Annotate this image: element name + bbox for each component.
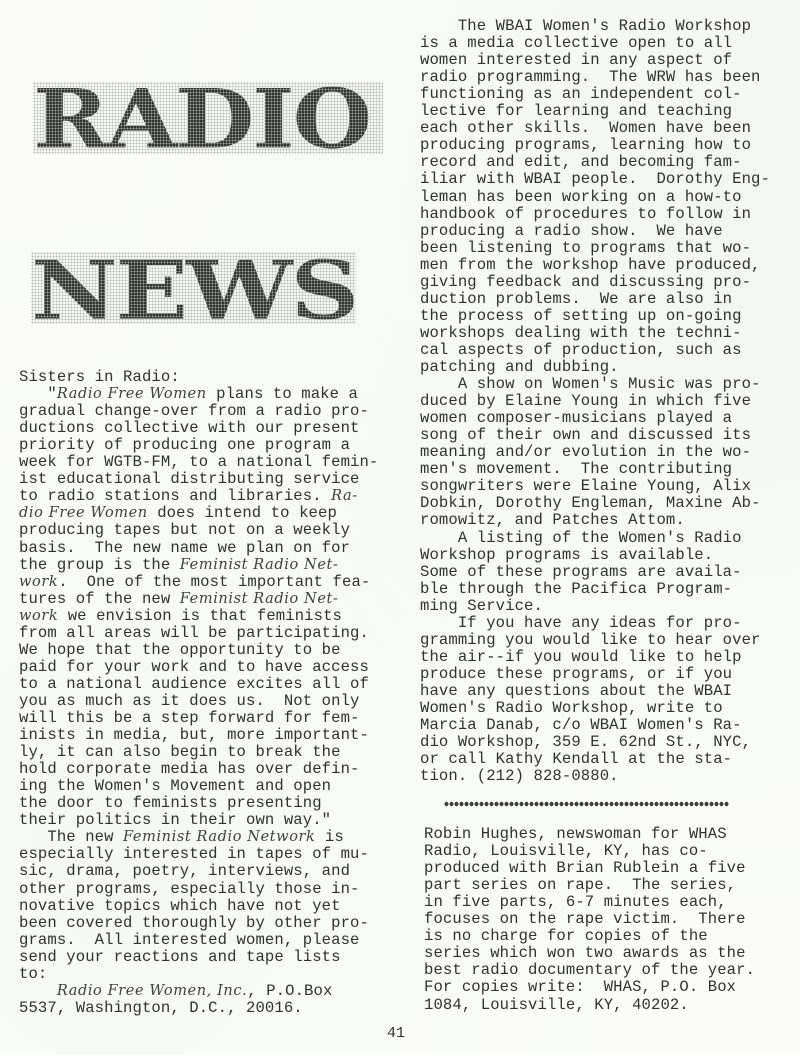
text-run: Radio, Louisville, KY, has co- — [424, 842, 708, 860]
text-run: meaning and/or evolution in the wo- — [420, 443, 751, 461]
text-line: to a national audience excites all of — [19, 676, 369, 693]
text-line: produced with Brian Rublein a five — [424, 860, 746, 877]
text-run: 5537, Washington, D.C., 20016. — [19, 999, 303, 1017]
text-line: ing the Women's Movement and open — [19, 778, 331, 795]
text-run: grams. All interested women, please — [19, 931, 359, 949]
italic-title: work — [19, 608, 58, 624]
text-line: hold corporate media has over defin- — [19, 761, 359, 778]
text-run: ductions collective with our present — [19, 419, 359, 437]
text-run: Dobkin, Dorothy Engleman, Maxine Ab- — [420, 494, 760, 512]
text-line: send your reactions and tape lists — [19, 949, 341, 966]
masthead-radio-text: RADIO — [33, 82, 370, 154]
text-line: especially interested in tapes of mu- — [19, 846, 369, 863]
text-line: Workshop programs is available. — [420, 547, 713, 564]
text-line: giving feedback and discussing pro- — [420, 274, 751, 291]
text-line: producing programs, learning how to — [420, 137, 751, 154]
text-line: radio programming. The WRW has been — [420, 69, 760, 86]
text-line: ming Service. — [420, 598, 543, 615]
text-run: functioning as an independent col- — [420, 85, 742, 103]
text-run: ly, it can also begin to break the — [19, 743, 341, 761]
text-line: been covered thoroughly by other pro- — [19, 915, 369, 932]
text-run: other programs, especially those in- — [19, 880, 359, 898]
text-run: send your reactions and tape lists — [19, 948, 341, 966]
text-line: Dobkin, Dorothy Engleman, Maxine Ab- — [420, 495, 760, 512]
text-line: the air--if you would like to help — [420, 649, 742, 666]
text-run: is no charge for copies of the — [424, 927, 708, 945]
text-line: sic, drama, poetry, interviews, and — [19, 863, 350, 880]
text-run: A listing of the Women's Radio — [420, 529, 742, 547]
text-line: paid for your work and to have access — [19, 659, 369, 676]
text-run: dio Workshop, 359 E. 62nd St., NYC, — [420, 733, 751, 751]
text-line: A show on Women's Music was pro- — [420, 376, 760, 393]
text-run: novative topics which have not yet — [19, 897, 341, 915]
text-run: lective for learning and teaching — [420, 102, 732, 120]
text-line: week for WGTB-FM, to a national femin- — [19, 454, 378, 471]
text-run: songwriters were Elaine Young, Alix — [420, 477, 751, 495]
text-line: best radio documentary of the year. — [424, 962, 755, 979]
text-run: especially interested in tapes of mu- — [19, 845, 369, 863]
text-line: The WBAI Women's Radio Workshop — [420, 18, 751, 35]
text-line: dio Workshop, 359 E. 62nd St., NYC, — [420, 734, 751, 751]
text-run: to: — [19, 965, 47, 983]
text-line: functioning as an independent col- — [420, 86, 742, 103]
text-line: novative topics which have not yet — [19, 898, 341, 915]
text-line: producing tapes but not on a weekly — [19, 522, 350, 539]
text-run: produce these programs, or if you — [420, 665, 732, 683]
text-run: iliar with WBAI people. Dorothy Eng- — [420, 170, 770, 188]
text-line: gradual change-over from a radio pro- — [19, 403, 369, 420]
text-line: priority of producing one program a — [19, 437, 350, 454]
text-line: duction problems. We are also in — [420, 291, 732, 308]
text-line: Marcia Danab, c/o WBAI Women's Ra- — [420, 717, 742, 734]
text-line: iliar with WBAI people. Dorothy Eng- — [420, 171, 770, 188]
text-line: ductions collective with our present — [19, 420, 359, 437]
text-run: song of their own and discussed its — [420, 426, 751, 444]
text-line: part series on rape. The series, — [424, 877, 736, 894]
text-run: or call Kathy Kendall at the sta- — [420, 750, 732, 768]
text-run: will this be a step forward for fem- — [19, 709, 359, 727]
text-run: each other skills. Women have been — [420, 119, 751, 137]
text-run: Women's Radio Workshop, write to — [420, 699, 723, 717]
text-line: 5537, Washington, D.C., 20016. — [19, 1000, 303, 1017]
text-line: song of their own and discussed its — [420, 427, 751, 444]
text-run: ming Service. — [420, 597, 543, 615]
text-run: men from the workshop have produced, — [420, 256, 760, 274]
text-run — [19, 982, 57, 1000]
text-run: been covered thoroughly by other pro- — [19, 914, 369, 932]
text-run: ing the Women's Movement and open — [19, 777, 331, 795]
text-line: handbook of procedures to follow in — [420, 206, 751, 223]
text-line: is a media collective open to all — [420, 35, 732, 52]
wavy-divider — [444, 801, 729, 807]
text-run: record and edit, and becoming fam- — [420, 153, 742, 171]
text-line: work we envision is that feminists — [19, 608, 342, 625]
text-line: will this be a step forward for fem- — [19, 710, 359, 727]
text-line: leman has been working on a how-to — [420, 189, 742, 206]
text-run: focuses on the rape victim. There — [424, 910, 746, 928]
text-run: 1084, Louisville, KY, 40202. — [424, 996, 689, 1014]
text-run: women composer-musicians played a — [420, 409, 732, 427]
text-line: For copies write: WHAS, P.O. Box — [424, 979, 736, 996]
text-run: gradual change-over from a radio pro- — [19, 402, 369, 420]
text-line: you as much as it does us. Not only — [19, 693, 359, 710]
text-run: romowitz, and Patches Attom. — [420, 511, 685, 529]
text-run: handbook of procedures to follow in — [420, 205, 751, 223]
text-line: gramming you would like to hear over — [420, 632, 760, 649]
text-line: duced by Elaine Young in which five — [420, 393, 751, 410]
text-line: ly, it can also begin to break the — [19, 744, 341, 761]
text-line: producing a radio show. We have — [420, 223, 723, 240]
text-run: producing programs, learning how to — [420, 136, 751, 154]
text-line: 1084, Louisville, KY, 40202. — [424, 997, 689, 1014]
text-run: A show on Women's Music was pro- — [420, 375, 760, 393]
text-run: in five parts, 6-7 minutes each, — [424, 893, 727, 911]
text-line: cal aspects of production, such as — [420, 342, 742, 359]
text-run: producing a radio show. We have — [420, 222, 723, 240]
text-run: gramming you would like to hear over — [420, 631, 760, 649]
text-line: tures of the new Feminist Radio Net- — [19, 591, 338, 608]
text-run: part series on rape. The series, — [424, 876, 736, 894]
text-run: " — [19, 385, 57, 403]
text-run: . One of the most important fea- — [58, 573, 370, 591]
text-line: produce these programs, or if you — [420, 666, 732, 683]
text-run: If you have any ideas for pro- — [420, 614, 742, 632]
text-run: the door to feminists presenting — [19, 794, 322, 812]
italic-title: Feminist Radio Net- — [180, 591, 339, 607]
text-line: A listing of the Women's Radio — [420, 530, 742, 547]
text-line: workshops dealing with the techni- — [420, 325, 742, 342]
text-line: tion. (212) 828-0880. — [420, 768, 619, 785]
masthead-radio: RADIO — [33, 82, 383, 154]
text-line: to: — [19, 966, 47, 983]
text-line: from all areas will be participating. — [19, 625, 369, 642]
text-line: their politics in their own way." — [19, 812, 331, 829]
text-run: men's movement. The contributing — [420, 460, 732, 478]
text-line: the process of setting up on-going — [420, 308, 742, 325]
text-run: Robin Hughes, newswoman for WHAS — [424, 825, 727, 843]
text-run: , P.O.Box — [247, 982, 332, 1000]
text-run: the group is the — [19, 556, 180, 574]
text-run: you as much as it does us. Not only — [19, 692, 359, 710]
text-run: plans to make a — [207, 385, 358, 403]
text-run: producing tapes but not on a weekly — [19, 521, 350, 539]
text-line: is no charge for copies of the — [424, 928, 708, 945]
text-run: their politics in their own way." — [19, 811, 331, 829]
text-run: For copies write: WHAS, P.O. Box — [424, 978, 736, 996]
text-line: Radio, Louisville, KY, has co- — [424, 843, 708, 860]
text-run: basis. The new name we plan on for — [19, 539, 350, 557]
italic-title: work — [19, 574, 58, 590]
text-line: "Radio Free Women plans to make a — [19, 386, 358, 403]
text-run: Workshop programs is available. — [420, 546, 713, 564]
text-line: series which won two awards as the — [424, 945, 746, 962]
text-line: The new Feminist Radio Network is — [19, 829, 344, 846]
text-run: duction problems. We are also in — [420, 290, 732, 308]
text-run: patching and dubbing. — [420, 358, 619, 376]
italic-title: Radio Free Women, Inc. — [57, 983, 247, 999]
text-run: is a media collective open to all — [420, 34, 732, 52]
text-line: record and edit, and becoming fam- — [420, 154, 742, 171]
text-run: duced by Elaine Young in which five — [420, 392, 751, 410]
text-run: to radio stations and libraries. — [19, 487, 331, 505]
text-run: tion. (212) 828-0880. — [420, 767, 619, 785]
text-run: from all areas will be participating. — [19, 624, 369, 642]
text-line: focuses on the rape victim. There — [424, 911, 746, 928]
text-line: grams. All interested women, please — [19, 932, 359, 949]
page-number: 41 — [387, 1025, 405, 1042]
text-line: men from the workshop have produced, — [420, 257, 760, 274]
text-line: been listening to programs that wo- — [420, 240, 751, 257]
text-run: the process of setting up on-going — [420, 307, 742, 325]
text-line: other programs, especially those in- — [19, 881, 359, 898]
text-run: ble through the Pacifica Program- — [420, 580, 732, 598]
text-line: songwriters were Elaine Young, Alix — [420, 478, 751, 495]
text-line: ist educational distributing service — [19, 471, 359, 488]
text-line: We hope that the opportunity to be — [19, 642, 341, 659]
masthead-news-text: NEWS — [31, 252, 356, 324]
text-line: women interested in any aspect of — [420, 52, 732, 69]
text-line: Robin Hughes, newswoman for WHAS — [424, 826, 727, 843]
text-line: work. One of the most important fea- — [19, 574, 370, 591]
text-run: radio programming. The WRW has been — [420, 68, 760, 86]
text-line: each other skills. Women have been — [420, 120, 751, 137]
text-line: in five parts, 6-7 minutes each, — [424, 894, 727, 911]
text-run: sic, drama, poetry, interviews, and — [19, 862, 350, 880]
text-run: hold corporate media has over defin- — [19, 760, 359, 778]
text-run: giving feedback and discussing pro- — [420, 273, 751, 291]
text-run: leman has been working on a how-to — [420, 188, 742, 206]
text-run: women interested in any aspect of — [420, 51, 732, 69]
text-line: meaning and/or evolution in the wo- — [420, 444, 751, 461]
text-line: If you have any ideas for pro- — [420, 615, 742, 632]
text-run: The new — [19, 828, 123, 846]
text-run: The WBAI Women's Radio Workshop — [420, 17, 751, 35]
text-line: inists in media, but, more important- — [19, 727, 369, 744]
text-run: workshops dealing with the techni- — [420, 324, 742, 342]
italic-title: Feminist Radio Network — [123, 829, 315, 845]
text-run: have any questions about the WBAI — [420, 682, 732, 700]
text-run: produced with Brian Rublein a five — [424, 859, 746, 877]
text-run: week for WGTB-FM, to a national femin- — [19, 453, 378, 471]
text-run: to a national audience excites all of — [19, 675, 369, 693]
text-run: cal aspects of production, such as — [420, 341, 742, 359]
text-line: romowitz, and Patches Attom. — [420, 512, 685, 529]
article-heading: Sisters in Radio: — [19, 369, 180, 386]
text-run: does intend to keep — [148, 504, 337, 522]
text-run: series which won two awards as the — [424, 944, 746, 962]
italic-title: dio Free Women — [19, 505, 148, 521]
text-run: priority of producing one program a — [19, 436, 350, 454]
text-line: women composer-musicians played a — [420, 410, 732, 427]
text-run: best radio documentary of the year. — [424, 961, 755, 979]
text-run: been listening to programs that wo- — [420, 239, 751, 257]
text-line: or call Kathy Kendall at the sta- — [420, 751, 732, 768]
text-run: paid for your work and to have access — [19, 658, 369, 676]
masthead-news: NEWS — [31, 252, 356, 324]
text-run: the air--if you would like to help — [420, 648, 742, 666]
text-run: We hope that the opportunity to be — [19, 641, 341, 659]
italic-title: Feminist Radio Net- — [180, 557, 339, 573]
text-line: dio Free Women does intend to keep — [19, 505, 337, 522]
text-line: Some of these programs are availa- — [420, 564, 742, 581]
text-line: lective for learning and teaching — [420, 103, 732, 120]
text-run: ist educational distributing service — [19, 470, 359, 488]
text-line: the door to feminists presenting — [19, 795, 322, 812]
text-line: Radio Free Women, Inc., P.O.Box — [19, 983, 332, 1000]
text-line: men's movement. The contributing — [420, 461, 732, 478]
text-line: have any questions about the WBAI — [420, 683, 732, 700]
text-run: tures of the new — [19, 590, 180, 608]
text-line: to radio stations and libraries. Ra- — [19, 488, 358, 505]
text-run: Some of these programs are availa- — [420, 563, 742, 581]
italic-title: Ra- — [331, 488, 358, 504]
text-line: the group is the Feminist Radio Net- — [19, 557, 338, 574]
text-line: Women's Radio Workshop, write to — [420, 700, 723, 717]
italic-title: Radio Free Women — [57, 386, 207, 402]
text-run: is — [315, 828, 343, 846]
text-line: ble through the Pacifica Program- — [420, 581, 732, 598]
text-line: basis. The new name we plan on for — [19, 540, 350, 557]
text-run: inists in media, but, more important- — [19, 726, 369, 744]
text-run: Marcia Danab, c/o WBAI Women's Ra- — [420, 716, 742, 734]
text-line: patching and dubbing. — [420, 359, 619, 376]
text-run: we envision is that feminists — [58, 607, 342, 625]
